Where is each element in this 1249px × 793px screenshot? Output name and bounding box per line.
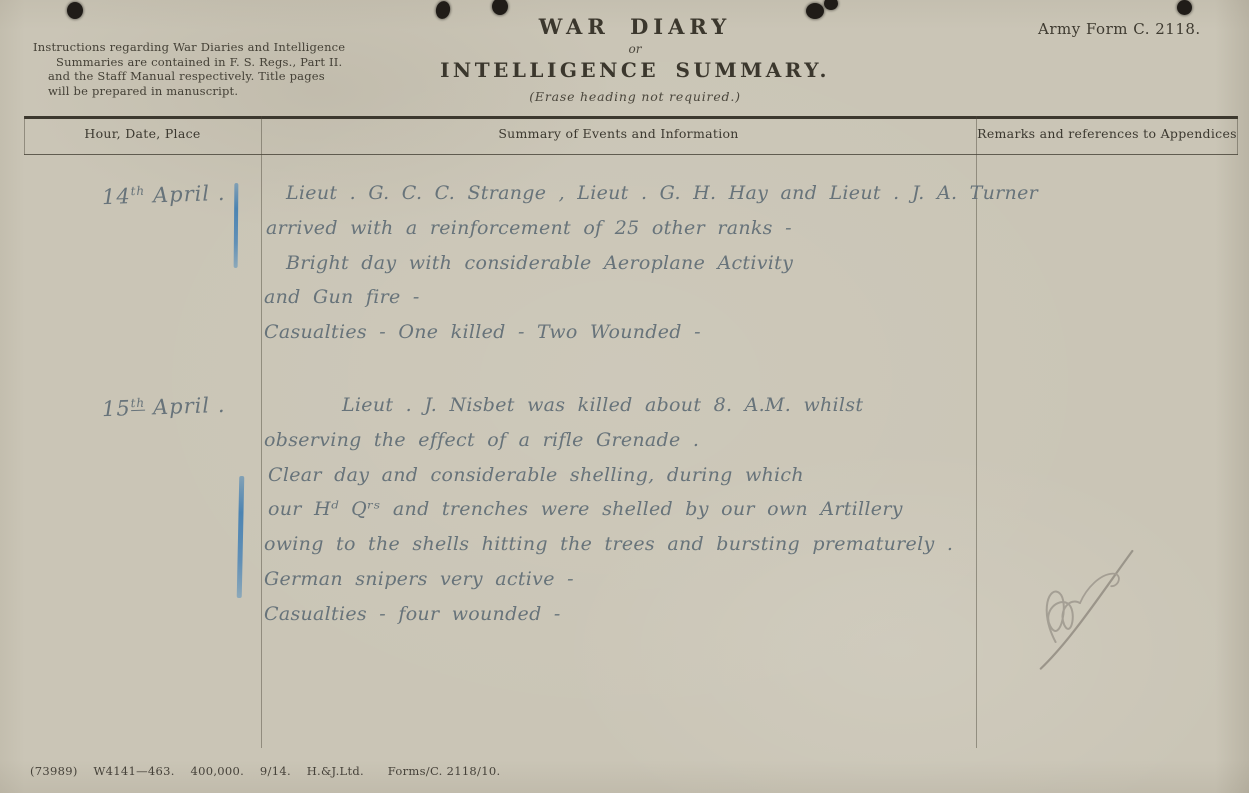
handwriting-line: and Gun fire - bbox=[264, 280, 993, 315]
punch-hole bbox=[824, 0, 838, 10]
instructions-line: Summaries are contained in F. S. Regs., … bbox=[30, 55, 375, 70]
handwriting-line: Lieut . J. Nisbet was killed about 8. A.… bbox=[264, 388, 993, 423]
handwriting-line: observing the effect of a rifle Grenade … bbox=[264, 423, 993, 458]
handwriting-line: Casualties - One killed - Two Wounded - bbox=[264, 315, 993, 350]
column-header-summary: Summary of Events and Information bbox=[261, 126, 976, 141]
punch-hole bbox=[67, 2, 83, 19]
handwriting-line: Clear day and considerable shelling, dur… bbox=[264, 458, 993, 493]
form-instructions: Instructions regarding War Diaries and I… bbox=[30, 40, 375, 98]
entry-date: 15th April . bbox=[102, 393, 226, 421]
entry-date: 14th April . bbox=[102, 181, 226, 209]
table-header-bottom-border bbox=[24, 154, 1238, 155]
punch-hole bbox=[1177, 0, 1192, 15]
diary-entry-14-april: 14th April .Lieut . G. C. C. Strange , L… bbox=[88, 176, 993, 350]
army-form-number: Army Form C. 2118. bbox=[1038, 20, 1201, 38]
handwriting-line: our Hᵈ Qʳˢ and trenches were shelled by … bbox=[264, 492, 993, 527]
instructions-line: Instructions regarding War Diaries and I… bbox=[30, 40, 375, 55]
form-title-or: or bbox=[400, 42, 870, 56]
column-header-remarks: Remarks and references to Appendices bbox=[976, 126, 1238, 141]
column-header-hour-date-place: Hour, Date, Place bbox=[24, 126, 261, 141]
form-title-block: WAR DIARY or INTELLIGENCE SUMMARY. (Eras… bbox=[400, 14, 870, 104]
instructions-line: will be prepared in manuscript. bbox=[30, 84, 375, 99]
pencil-initials-signature bbox=[999, 526, 1172, 679]
punch-hole bbox=[492, 0, 508, 15]
form-title-note: (Erase heading not required.) bbox=[400, 89, 870, 104]
diary-entry-15-april: 15th April .Lieut . J. Nisbet was killed… bbox=[88, 388, 993, 632]
handwriting-line: German snipers very active - bbox=[264, 562, 993, 597]
form-title-intelligence-summary: INTELLIGENCE SUMMARY. bbox=[400, 58, 870, 82]
handwriting-line: Lieut . G. C. C. Strange , Lieut . G. H.… bbox=[264, 176, 993, 211]
handwriting-line: arrived with a reinforcement of 25 other… bbox=[264, 211, 993, 246]
form-title-war-diary: WAR DIARY bbox=[400, 14, 870, 39]
instructions-line: and the Staff Manual respectively. Title… bbox=[30, 69, 375, 84]
war-diary-scanned-page: Instructions regarding War Diaries and I… bbox=[0, 0, 1249, 793]
blue-crayon-margin-mark bbox=[234, 183, 239, 268]
handwriting-line: Casualties - four wounded - bbox=[264, 597, 993, 632]
handwriting-line: owing to the shells hitting the trees an… bbox=[264, 527, 993, 562]
table-top-border bbox=[24, 116, 1238, 119]
handwriting-line: Bright day with considerable Aeroplane A… bbox=[264, 246, 993, 281]
printers-imprint: (73989) W4141—463. 400,000. 9/14. H.&J.L… bbox=[30, 764, 500, 778]
